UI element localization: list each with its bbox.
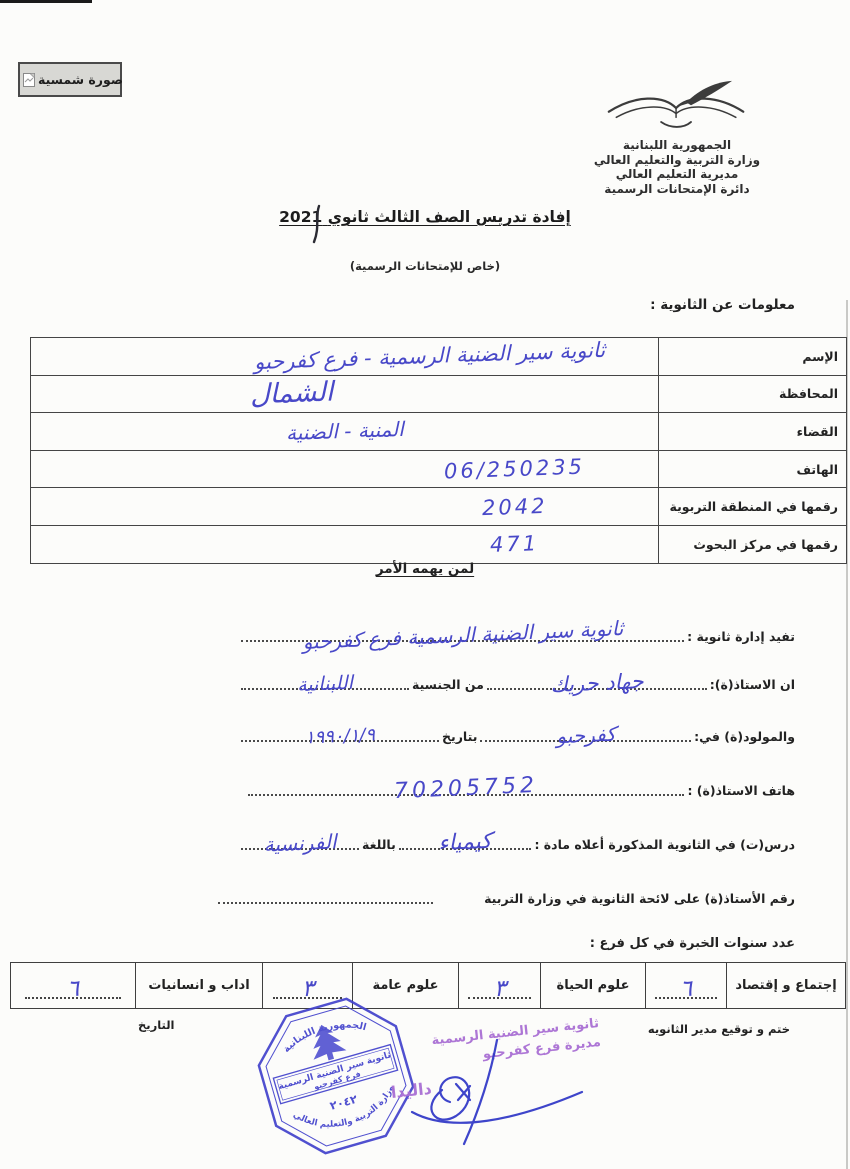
- pen-strike-icon: [303, 203, 329, 245]
- handwritten-teacher-name: جهاد حريك: [550, 669, 644, 697]
- dotted-line: جهاد حريك: [487, 666, 707, 690]
- signature-icon: [396, 1034, 592, 1156]
- field-label: درس(ت) في الثانوية المذكورة أعلاه مادة :: [534, 837, 795, 854]
- scan-artifact-line: [0, 0, 92, 3]
- statement-line-phone: هاتف الاستاذ(ة) : 70205752: [40, 772, 795, 800]
- dotted-line: كفرحبو: [480, 718, 691, 742]
- table-row: الإسم ثانوية سير الضنية الرسمية - فرع كف…: [31, 338, 846, 375]
- handwritten-years: ٦: [679, 976, 692, 1003]
- scanned-teaching-certificate: صورة شمسية الجمهورية اللبنانية وزارة الت…: [0, 0, 850, 1169]
- statement-line-teacher: ان الاستاذ(ة): جهاد حريك من الجنسية اللب…: [40, 666, 795, 694]
- statement-line-school: تفيد إدارة ثانوية : ثانوية سير الضنية ال…: [40, 618, 795, 646]
- row-label-district: القضاء: [658, 413, 846, 450]
- photo-placeholder-box: صورة شمسية: [18, 62, 122, 97]
- table-row: رقمها في المنطقة التربوية 2042: [31, 487, 846, 525]
- letterhead-line: مديرية التعليم العالي: [542, 167, 812, 182]
- school-info-heading: معلومات عن الثانوية :: [650, 297, 795, 313]
- dotted-line: ٦: [25, 997, 122, 999]
- field-label: ان الاستاذ(ة):: [710, 677, 795, 694]
- field-label: باللغة: [362, 837, 396, 854]
- school-info-table: الإسم ثانوية سير الضنية الرسمية - فرع كف…: [30, 337, 847, 564]
- stamp-school-name: ثانوية سير الضنية الرسمية: [277, 1050, 392, 1092]
- statement-line-roster-number: رقم الأستاذ(ة) على لائحة الثانوية في وزا…: [40, 880, 795, 908]
- dotted-line-empty: [218, 880, 433, 904]
- row-label-research-number: رقمها في مركز البحوث: [658, 526, 846, 563]
- row-value-phone: 06/250235: [31, 451, 658, 488]
- date-label: التاريخ: [138, 1018, 175, 1032]
- handwritten-birthplace: كفرحبو: [556, 722, 616, 749]
- handwritten-years: ٦: [66, 976, 79, 1003]
- photo-box-label: صورة شمسية: [38, 72, 123, 87]
- dotted-line: كيمياء: [399, 826, 532, 850]
- row-label-governorate: المحافظة: [658, 376, 846, 413]
- field-label: من الجنسية: [412, 677, 484, 694]
- broken-image-icon: [23, 73, 35, 87]
- experience-years-table: إجتماع و إقتصاد ٦ علوم الحياة ٣ علوم عام…: [10, 962, 846, 1009]
- table-row: الهاتف 06/250235: [31, 450, 846, 488]
- handwritten-subject: كيمياء: [438, 829, 493, 856]
- stamp-signature-label: ختم و توقيع مدير الثانويه: [648, 1022, 790, 1036]
- statement-line-subject: درس(ت) في الثانوية المذكورة أعلاه مادة :…: [40, 826, 795, 854]
- statement-line-experience: عدد سنوات الخبرة في كل فرع :: [40, 936, 795, 953]
- field-label: رقم الأستاذ(ة) على لائحة الثانوية في وزا…: [484, 891, 795, 908]
- branch-value: ٣: [458, 963, 540, 1008]
- document-title: إفادة تدريس الصف الثالث ثانوي 2021: [0, 208, 850, 226]
- table-row: المحافظة الشمال: [31, 375, 846, 413]
- field-label: والمولود(ة) في:: [694, 729, 795, 746]
- branch-label: اداب و انسانيات: [135, 963, 262, 1008]
- table-row: رقمها في مركز البحوث 471: [31, 525, 846, 563]
- ministry-letterhead: الجمهورية اللبنانية وزارة التربية والتعل…: [542, 80, 812, 197]
- field-label: عدد سنوات الخبرة في كل فرع :: [590, 936, 795, 953]
- row-label-region-number: رقمها في المنطقة التربوية: [658, 488, 846, 525]
- dotted-line: الفرنسية: [241, 826, 359, 850]
- row-label-name: الإسم: [658, 338, 846, 375]
- dotted-line: ثانوية سير الضنية الرسمية فرع كفرحبو: [241, 618, 684, 642]
- branch-value: ٦: [11, 963, 135, 1008]
- handwritten-birthdate: ١٩٩٠/١/٩: [305, 724, 376, 748]
- letterhead-line: وزارة التربية والتعليم العالي: [542, 153, 812, 168]
- row-value-district: المنية - الضنية: [31, 413, 658, 450]
- table-row: القضاء المنية - الضنية: [31, 412, 846, 450]
- book-quill-logo-icon: [593, 80, 761, 136]
- handwritten-nationality: اللبنانية: [297, 672, 354, 696]
- concern-heading: لمن يهمه الأمر: [0, 561, 850, 577]
- handwritten-years: ٣: [493, 976, 506, 1003]
- field-label: هاتف الاستاذ(ة) :: [687, 783, 795, 800]
- letterhead-line: الجمهورية اللبنانية: [542, 138, 812, 153]
- handwritten-teacher-phone: 70205752: [394, 773, 539, 804]
- row-value-research-number: 471: [31, 526, 658, 563]
- dotted-line: اللبنانية: [241, 666, 409, 690]
- stamp-number: ٢٠٤٢: [328, 1092, 359, 1113]
- dotted-line: ٦: [655, 997, 717, 999]
- field-label: بتاريخ: [442, 729, 477, 746]
- dotted-line: ٣: [468, 997, 531, 999]
- row-label-phone: الهاتف: [658, 451, 846, 488]
- handwritten-years: ٣: [301, 976, 314, 1003]
- dotted-line: ١٩٩٠/١/٩: [241, 718, 439, 742]
- row-value-region-number: 2042: [31, 488, 658, 525]
- title-text: إفادة تدريس الصف الثالث ثانوي: [328, 208, 571, 226]
- handwritten-language: الفرنسية: [263, 829, 337, 856]
- letterhead-line: دائرة الإمتحانات الرسمية: [542, 182, 812, 197]
- field-label: تفيد إدارة ثانوية :: [687, 629, 795, 646]
- statement-line-birth: والمولود(ة) في: كفرحبو بتاريخ ١٩٩٠/١/٩: [40, 718, 795, 746]
- dotted-line: 70205752: [248, 772, 684, 796]
- branch-label: علوم الحياة: [540, 963, 645, 1008]
- document-subtitle: (خاص للإمتحانات الرسمية): [0, 259, 850, 273]
- branch-value: ٦: [645, 963, 726, 1008]
- row-value-governorate: الشمال: [31, 376, 658, 413]
- row-value-name: ثانوية سير الضنية الرسمية - فرع كفرحبو: [31, 338, 658, 375]
- branch-label: إجتماع و إقتصاد: [726, 963, 845, 1008]
- handwritten-school-name: ثانوية سير الضنية الرسمية فرع كفرحبو: [302, 616, 624, 654]
